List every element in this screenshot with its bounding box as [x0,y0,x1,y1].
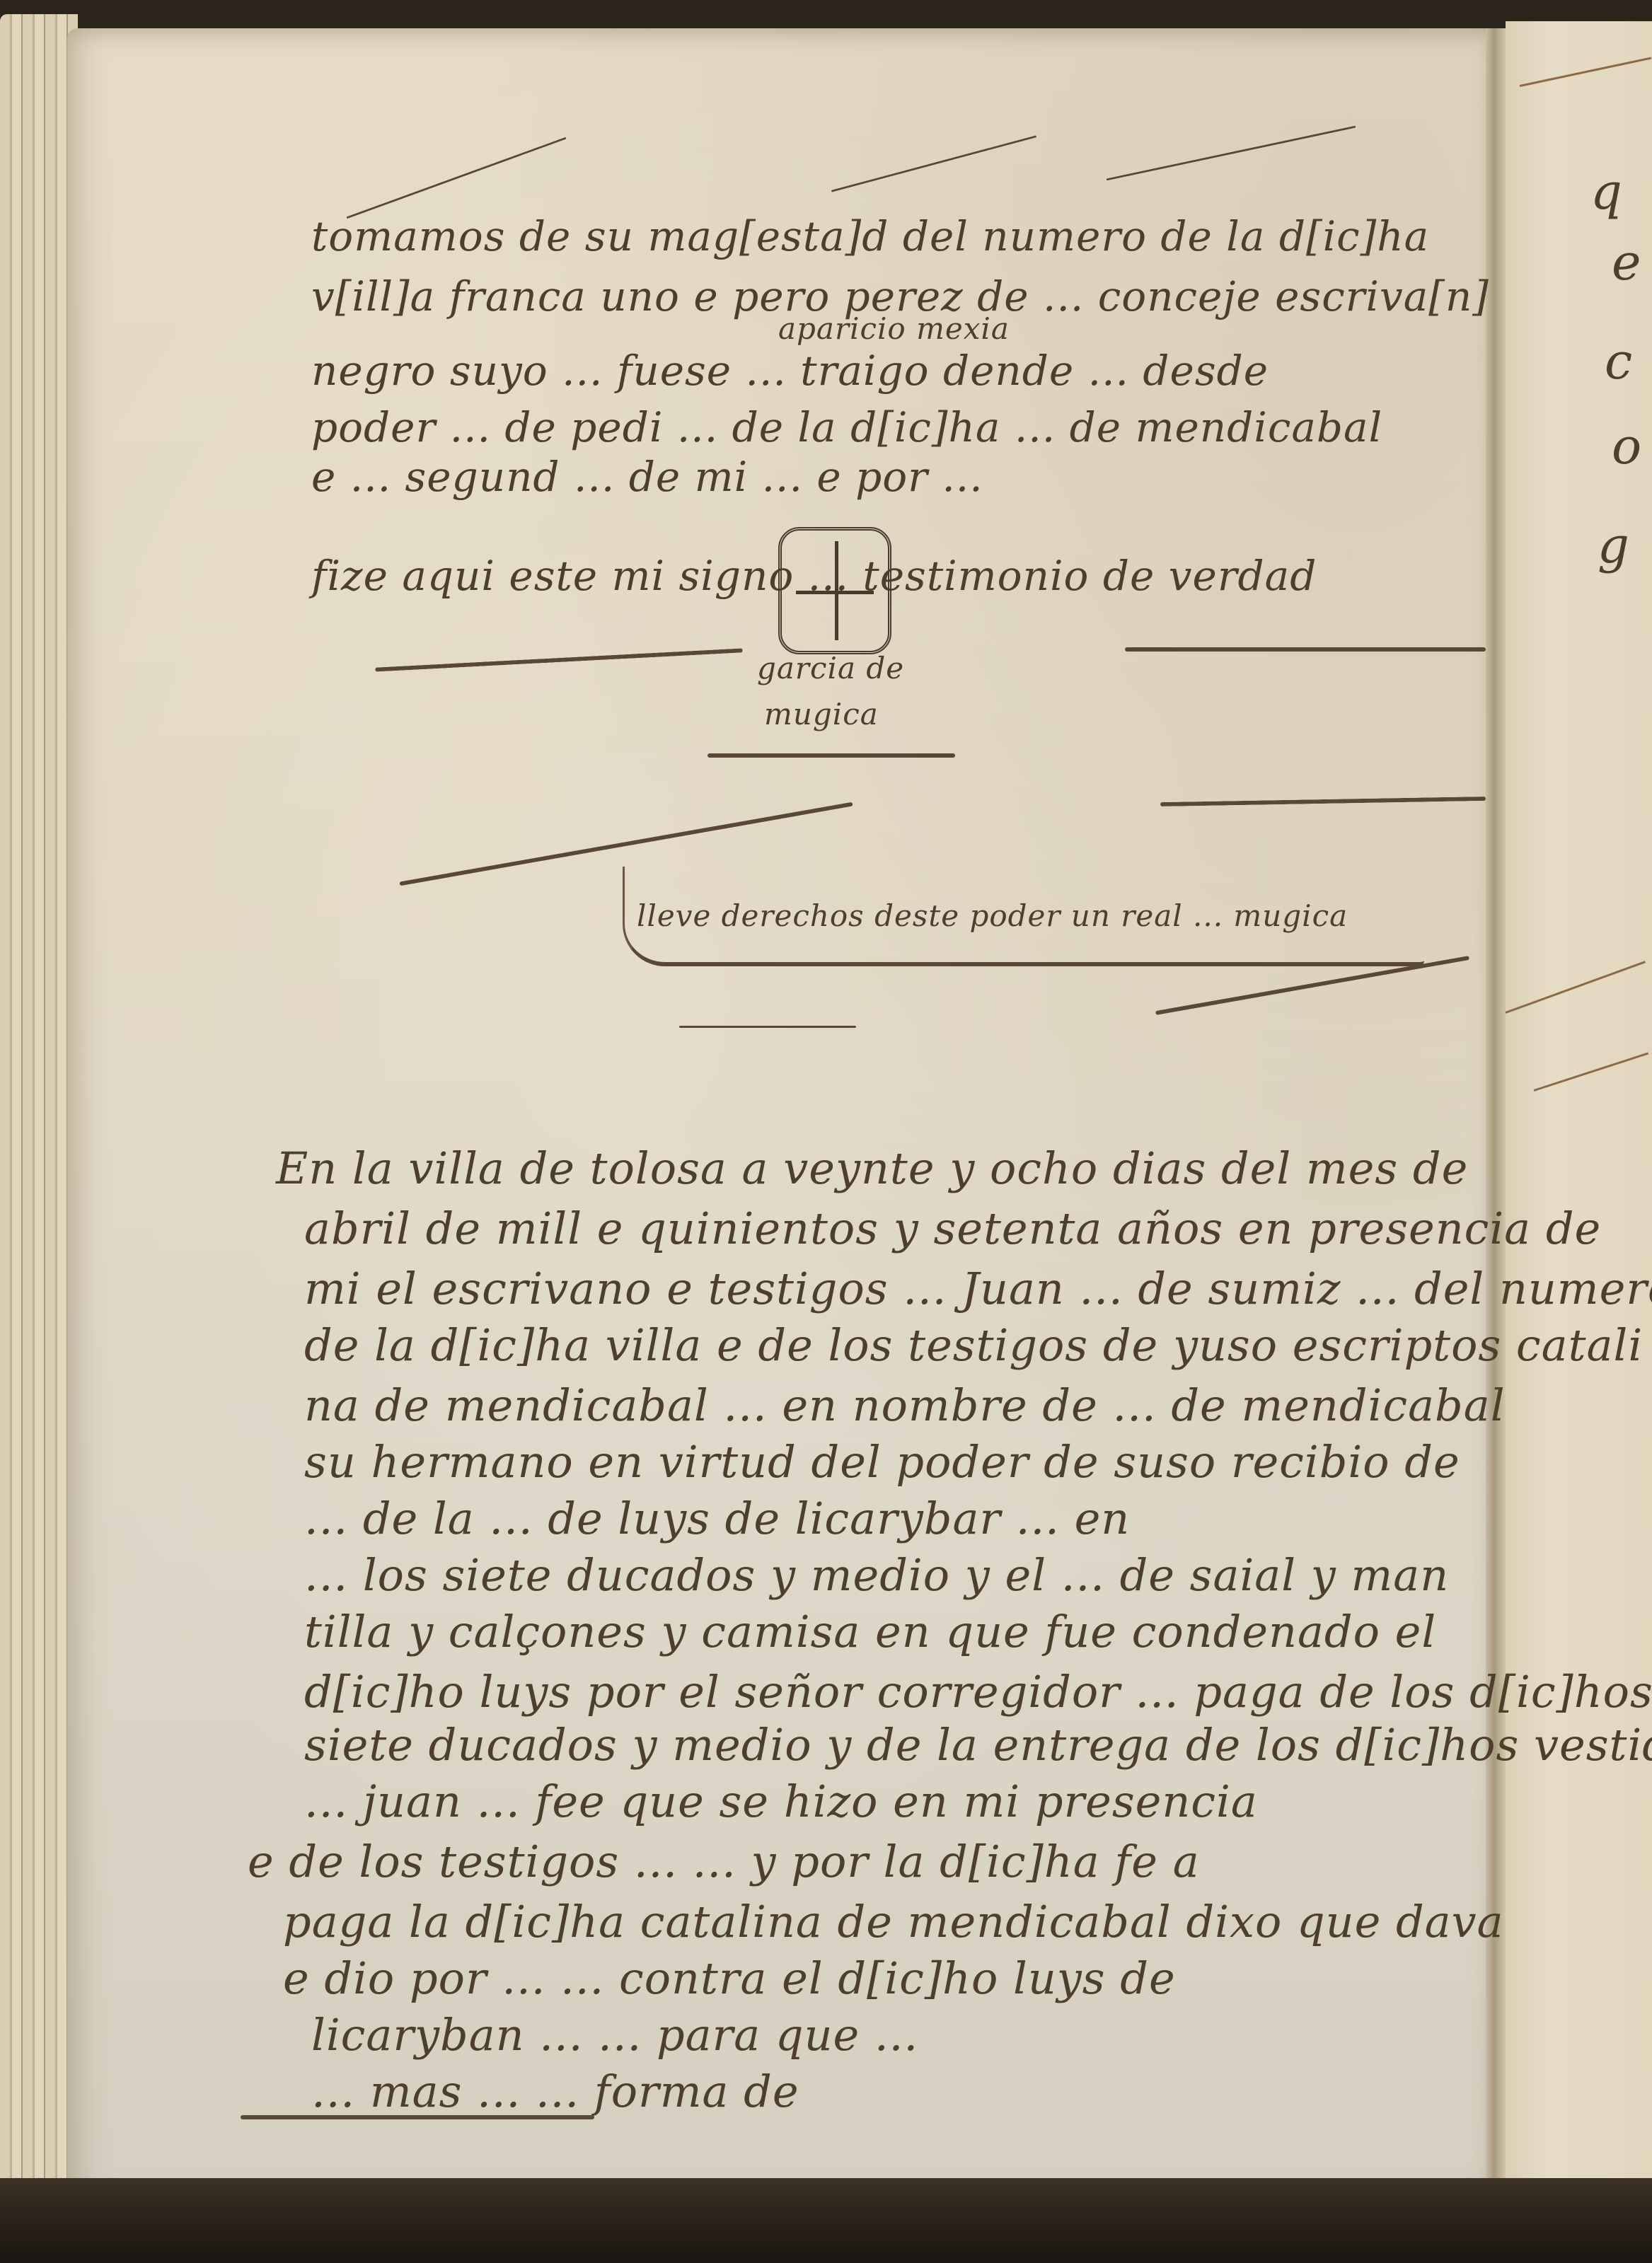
text-line: En la villa de tolosa a veynte y ocho di… [276,1142,1468,1194]
text-line: d[ic]ho luys por el señor corregidor ...… [304,1666,1652,1718]
text-line: su hermano en virtud del poder de suso r… [304,1436,1460,1488]
fee-note-text: lleve derechos deste poder un real ... m… [637,898,1348,933]
flourish [679,1026,856,1028]
text-line: abril de mill e quinientos y setenta año… [304,1203,1601,1254]
text-line: ... mas ... ... forma de [311,2066,799,2117]
facing-glyph: o [1612,417,1641,475]
text-line: mi el escrivano e testigos ... Juan ... … [304,1263,1652,1314]
text-line: na de mendicabal ... en nombre de ... de… [304,1379,1506,1431]
pen-stroke [1534,1053,1649,1092]
facing-glyph: g [1598,516,1629,574]
text-line: licaryban ... ... para que ... [311,2009,918,2061]
text-line: ... de la ... de luys de licarybar ... e… [304,1493,1130,1544]
manuscript-scan: q e c o g tomamos de su mag[esta]d del n… [0,0,1652,2263]
text-line: e ... segund ... de mi ... e por ... [311,453,983,501]
interlinear-note: aparicio mexia [778,311,1010,346]
text-line: tilla y calçones y camisa en que fue con… [304,1606,1436,1657]
signature-rule [707,753,955,758]
facing-glyph: c [1605,332,1632,390]
background-bottom [0,2178,1652,2263]
pen-stroke [1520,57,1651,87]
text-line: e de los testigos ... ... y por la d[ic]… [248,1836,1200,1887]
text-line: ... juan ... fee que se hizo en mi prese… [304,1776,1258,1827]
pen-stroke [1505,961,1645,1014]
facing-glyph: e [1612,233,1641,291]
facing-page: q e c o g [1506,21,1652,2200]
text-line: tomamos de su mag[esta]d del numero de l… [311,212,1429,260]
signature-rule [1125,647,1486,652]
book-gutter [1486,28,1507,2200]
facing-glyph: q [1590,163,1622,221]
text-line: siete ducados y medio y de la entrega de… [304,1719,1652,1771]
text-line: paga la d[ic]ha catalina de mendicabal d… [283,1896,1504,1947]
signature-name: garcia de [757,651,904,685]
signature-name: mugica [764,697,879,731]
stacked-leaf-edges [0,14,78,2193]
background-top [0,0,1652,28]
text-line: de la d[ic]ha villa e de los testigos de… [304,1319,1643,1371]
text-line: poder ... de pedi ... de la d[ic]ha ... … [311,403,1382,451]
notarial-signum [778,527,891,654]
text-line: ... los siete ducados y medio y el ... d… [304,1549,1449,1601]
text-line: negro suyo ... fuese ... traigo dende ..… [311,347,1269,395]
closing-rule [241,2115,594,2119]
text-line: e dio por ... ... contra el d[ic]ho luys… [283,1952,1176,2004]
